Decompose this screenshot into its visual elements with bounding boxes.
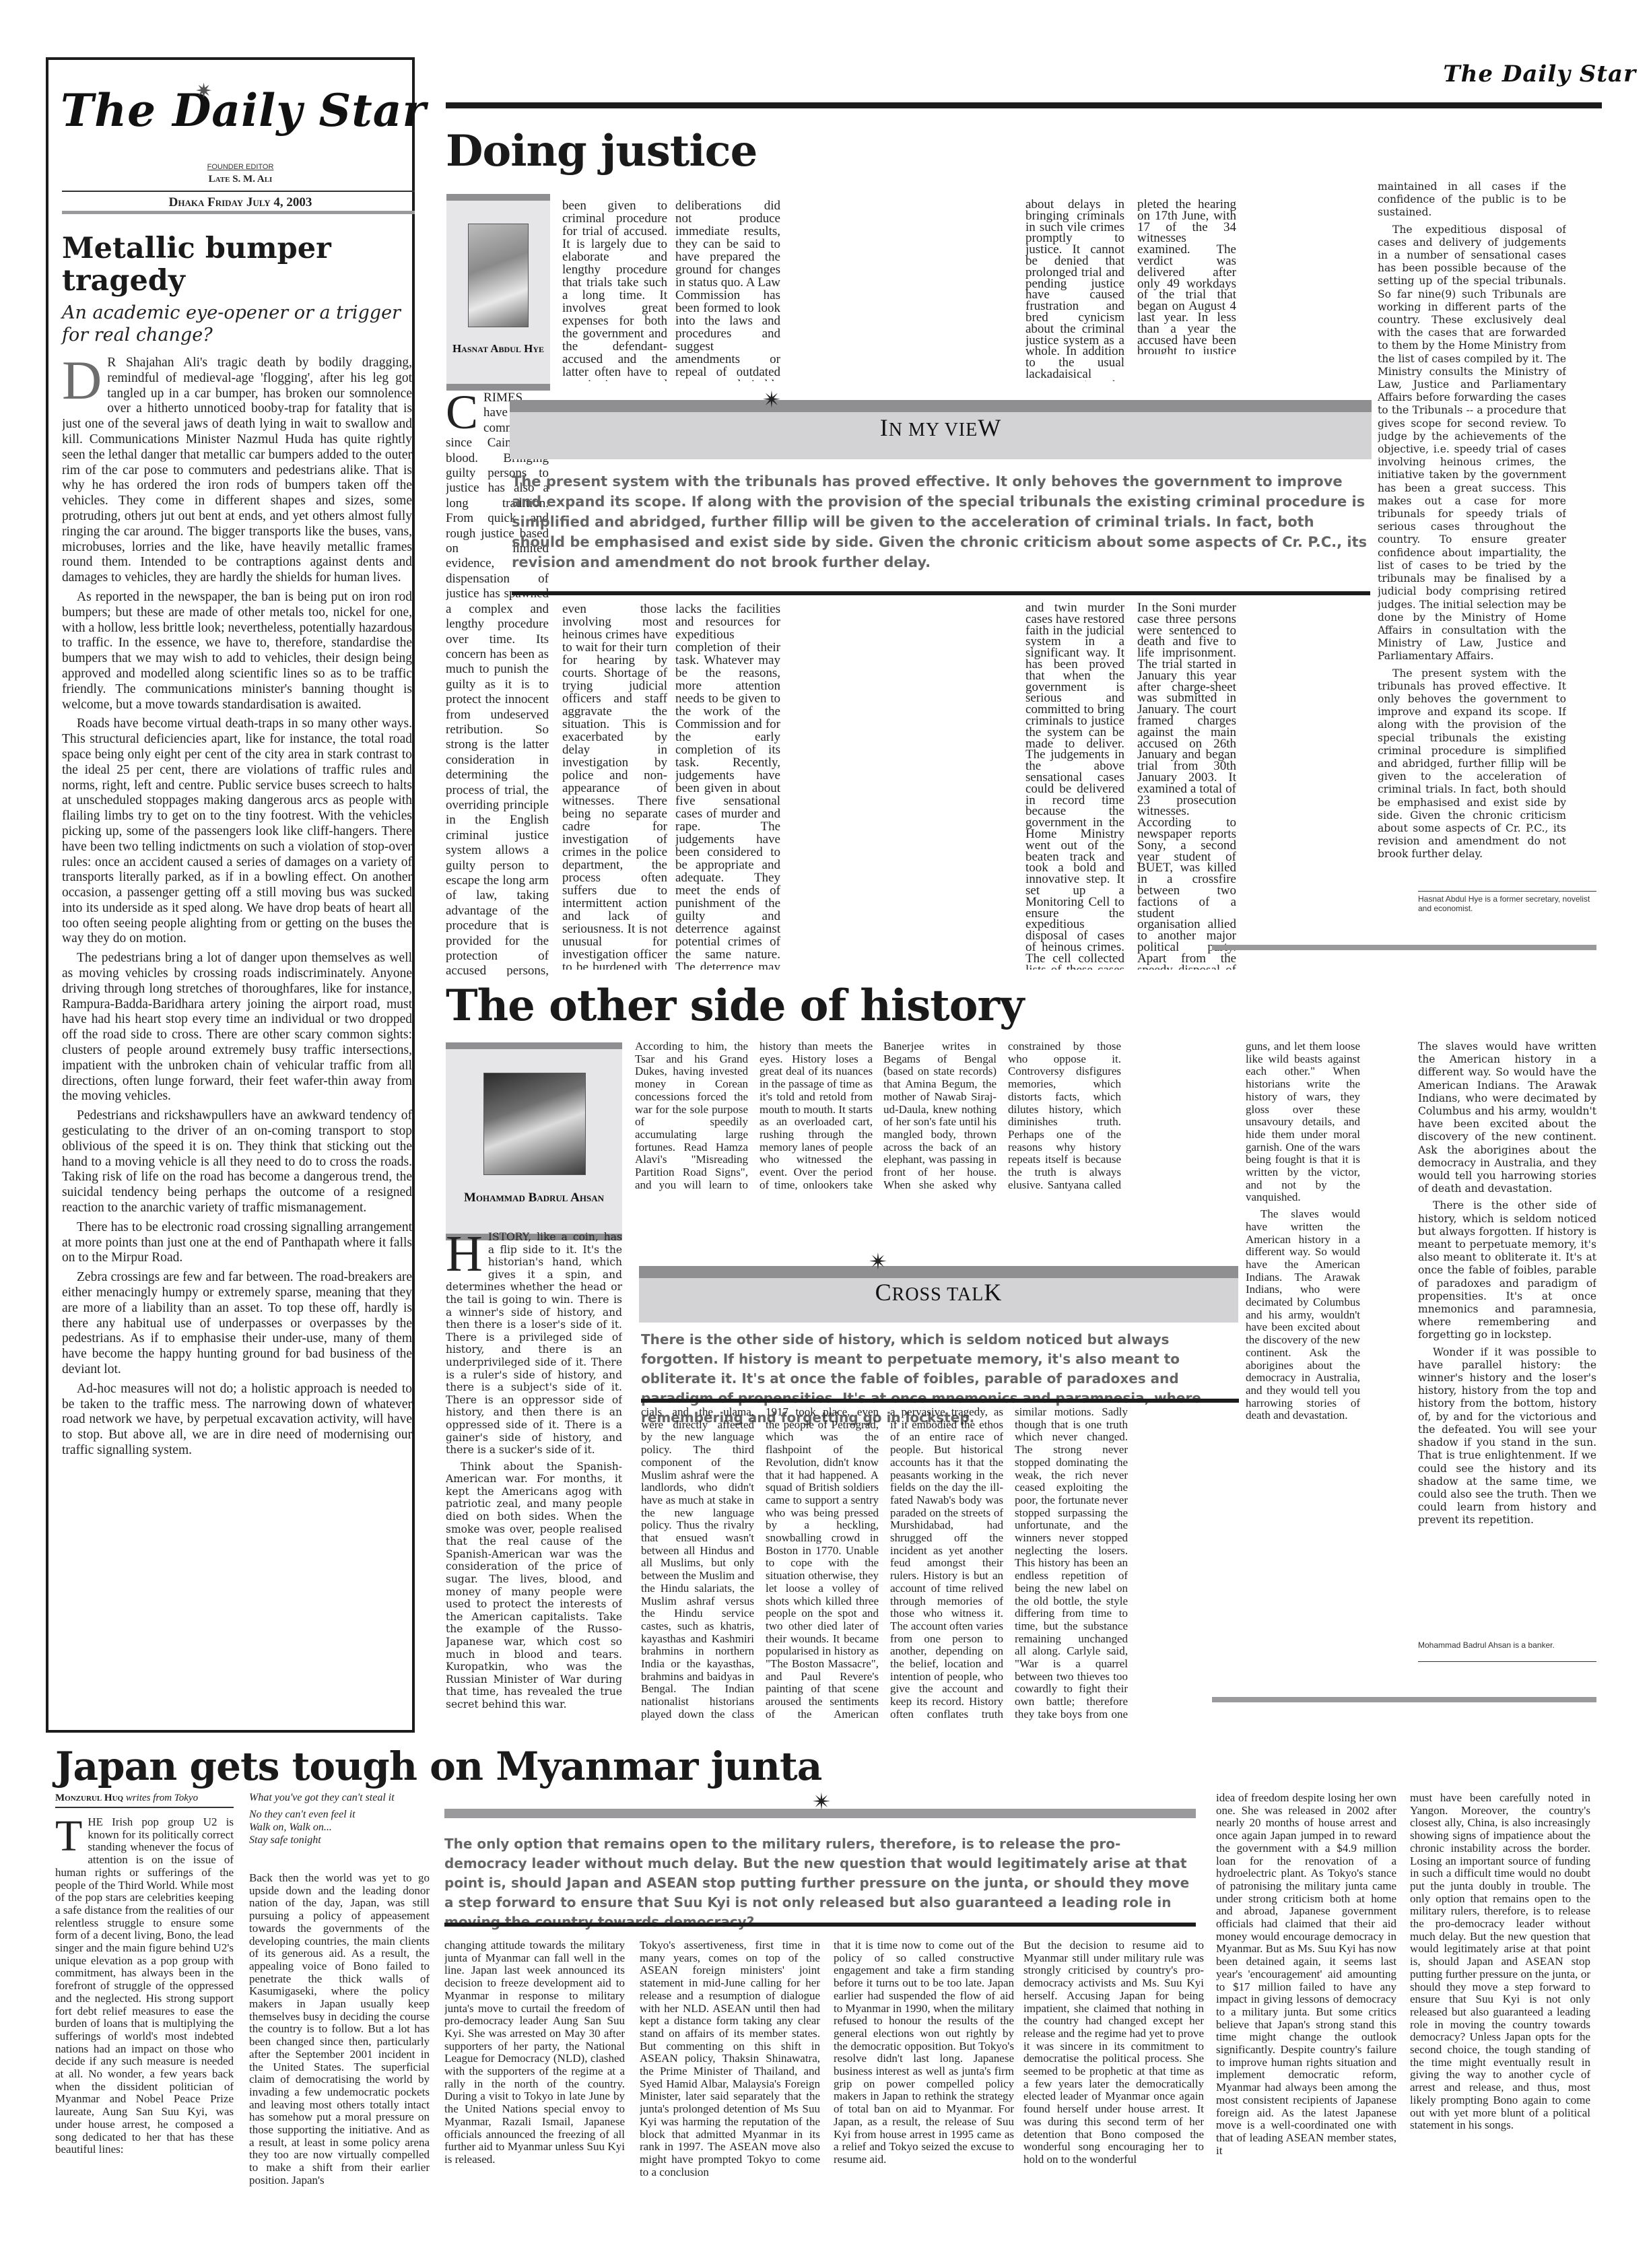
paragraph: Roads have become virtual death-traps in… bbox=[62, 716, 412, 947]
author-photo bbox=[483, 1073, 586, 1175]
sidebar-headline: Metallic bumper tragedy bbox=[62, 232, 412, 297]
banner-initial: C bbox=[875, 1279, 892, 1306]
paragraph: The expeditious disposal of cases and de… bbox=[1378, 224, 1566, 663]
header-rule bbox=[446, 102, 1602, 108]
article1-col: In the Soni murder case three persons we… bbox=[1137, 603, 1236, 970]
article3-lead: T HE Irish pop group U2 is known for its… bbox=[55, 1816, 234, 2193]
article3-col: Tokyo's assertiveness, first time in man… bbox=[640, 1939, 820, 2209]
paragraph: There is the other side of history, whic… bbox=[1418, 1199, 1596, 1341]
author-byline: Hasnat Abdul Hye bbox=[446, 342, 550, 356]
article3-col: Back then the world was yet to go upside… bbox=[249, 1872, 430, 2202]
article2-col: history than meets the eyes. History los… bbox=[760, 1040, 873, 1192]
article3-headline: Japan gets tough on Myanmar junta bbox=[55, 1741, 821, 1792]
banner-final: W bbox=[978, 414, 1001, 441]
article2-author-box: Mohammad Badrul Ahsan bbox=[446, 1042, 622, 1240]
banner-title: IN MY VIEW bbox=[510, 412, 1372, 442]
article1-col: even those involving most heinous crimes… bbox=[562, 603, 667, 970]
article3-col: must have been carefully noted in Yangon… bbox=[1410, 1792, 1590, 2203]
dropcap-t: T bbox=[55, 1819, 82, 1855]
article2-col: similar motions. Sadly though that is on… bbox=[1015, 1406, 1128, 1723]
article1-col: pleted the hearing on 17th June, with 17… bbox=[1137, 199, 1236, 354]
article1-col: been given to criminal procedure for tri… bbox=[562, 199, 667, 381]
paragraph: guns, and let them loose like wild beast… bbox=[1246, 1040, 1360, 1204]
star-burst-icon: ✴ bbox=[762, 389, 782, 412]
article2-col: Banerjee writes in Begams of Bengal (bas… bbox=[883, 1040, 997, 1192]
sidebar-masthead: The Daily Star bbox=[61, 84, 417, 137]
star-burst-icon: ✴ bbox=[812, 1791, 832, 1814]
article2-far-right-col: The slaves would have written the Americ… bbox=[1418, 1040, 1596, 1606]
article1-col: about delays in bringing criminals in su… bbox=[1025, 199, 1124, 381]
article2-headline: The other side of history bbox=[446, 980, 1023, 1032]
sidebar-rule-top bbox=[62, 191, 415, 192]
article2-col: According to him, the Tsar and his Grand… bbox=[635, 1040, 748, 1192]
sidebar-rule-bottom bbox=[62, 211, 415, 214]
star-burst-icon: ✴ bbox=[869, 1251, 888, 1274]
paragraph: Zebra crossings are few and far between.… bbox=[62, 1270, 412, 1378]
bio-rule bbox=[1418, 891, 1596, 892]
article3-col: But the decision to resume aid to Myanma… bbox=[1023, 1939, 1204, 2209]
section-divider bbox=[1212, 1697, 1596, 1702]
article2-col: a pervasive tragedy, as if it embodied t… bbox=[890, 1406, 1003, 1723]
cross-talk-banner: CROSS TALK bbox=[639, 1266, 1238, 1323]
paragraph: maintained in all cases if the confidenc… bbox=[1378, 180, 1566, 220]
sidebar-subhead: An academic eye-opener or a trigger for … bbox=[62, 302, 412, 346]
lyric-line: No they can't even feel it bbox=[249, 1808, 431, 1821]
article2-lead: H ISTORY, like a coin, has a flip side t… bbox=[446, 1231, 622, 1723]
banner-final: K bbox=[984, 1279, 1002, 1306]
dropcap-h: H bbox=[446, 1234, 483, 1275]
banner-text: ROSS TAL bbox=[892, 1284, 984, 1305]
dateline: Dhaka Friday July 4, 2003 bbox=[62, 195, 419, 210]
paragraph: The slaves would have written the Americ… bbox=[1246, 1208, 1360, 1422]
bio-rule bbox=[1418, 1661, 1596, 1662]
sidebar-article-body: D R Shajahan Ali's tragic death by bodil… bbox=[62, 356, 412, 1696]
author-byline: Mohammad Badrul Ahsan bbox=[446, 1191, 622, 1205]
paragraph: HE Irish pop group U2 is known for its p… bbox=[55, 1816, 234, 2156]
banner-initial: I bbox=[880, 414, 889, 441]
paragraph: Pedestrians and rickshawpullers have an … bbox=[62, 1108, 412, 1216]
header-logo: The Daily Star bbox=[1380, 61, 1636, 88]
pullquote-rule bbox=[641, 1399, 1239, 1403]
founder-editor-name: Late S. M. Ali bbox=[62, 174, 419, 185]
author-location: writes from Tokyo bbox=[126, 1793, 198, 1803]
paragraph: Think about the Spanish-American war. Fo… bbox=[446, 1461, 622, 1711]
article3-col: changing attitude towards the military j… bbox=[444, 1939, 625, 2209]
article2-col: constrained by those who oppose it. Cont… bbox=[1008, 1040, 1121, 1192]
article2-author-bio: Mohammad Badrul Ahsan is a banker. bbox=[1418, 1639, 1596, 1652]
pullquote-rule bbox=[512, 591, 1370, 595]
author-photo bbox=[468, 224, 529, 327]
lyric-line: Stay safe tonight bbox=[249, 1834, 431, 1846]
section-divider bbox=[1212, 945, 1596, 950]
article1-col: lacks the facilities and resources for e… bbox=[675, 603, 780, 970]
article3-byline: Monzurul Huq writes from Tokyo bbox=[55, 1793, 234, 1808]
song-lyrics: What you've got they can't steal it No t… bbox=[249, 1791, 431, 1846]
banner-text: N MY VIE bbox=[889, 420, 978, 440]
paragraph: The pedestrians bring a lot of danger up… bbox=[62, 951, 412, 1104]
paragraph: There has to be electronic road crossing… bbox=[62, 1220, 412, 1266]
paragraph: Ad-hoc measures will not do; a holistic … bbox=[62, 1382, 412, 1459]
paragraph: As reported in the newspaper, the ban is… bbox=[62, 590, 412, 712]
article1-author-box: Hasnat Abdul Hye bbox=[446, 194, 550, 391]
paragraph: Wonder if it was possible to have parall… bbox=[1418, 1346, 1596, 1527]
article1-col: and twin murder cases have restored fait… bbox=[1025, 603, 1124, 970]
article3-col: that it is time now to come out of the p… bbox=[834, 1939, 1014, 2209]
founder-editor-label: FOUNDER EDITOR bbox=[62, 163, 419, 171]
article1-headline: Doing justice bbox=[446, 125, 757, 178]
article2-right-col: guns, and let them loose like wild beast… bbox=[1246, 1040, 1360, 1714]
article3-pullquote: The only option that remains open to the… bbox=[444, 1834, 1196, 1932]
paragraph: The slaves would have written the Americ… bbox=[1418, 1040, 1596, 1195]
pullquote-rule bbox=[444, 1923, 1196, 1927]
article1-author-bio: Hasnat Abdul Hye is a former secretary, … bbox=[1418, 894, 1596, 913]
in-my-view-banner: IN MY VIEW bbox=[510, 400, 1372, 459]
article1-pullquote: The present system with the tribunals ha… bbox=[512, 471, 1370, 572]
article1-col: deliberations did not produce immediate … bbox=[675, 199, 780, 381]
lyric-line: What you've got they can't steal it bbox=[249, 1791, 431, 1804]
banner-title: CROSS TALK bbox=[639, 1278, 1238, 1306]
article2-col: cials and the ulama, were directly affec… bbox=[641, 1406, 754, 1723]
article3-col: idea of freedom despite losing her own o… bbox=[1216, 1792, 1396, 2203]
article2-col: 1917 took place, even the people of Petr… bbox=[766, 1406, 879, 1723]
article1-right-col: maintained in all cases if the confidenc… bbox=[1378, 180, 1566, 891]
author-name: Monzurul Huq bbox=[55, 1793, 123, 1803]
lyric-line: Walk on, Walk on... bbox=[249, 1821, 431, 1834]
paragraph: The present system with the tribunals ha… bbox=[1378, 667, 1566, 861]
dropcap-c: C bbox=[446, 393, 478, 432]
star-icon: ✷ bbox=[195, 79, 212, 103]
dropcap-d: D bbox=[62, 358, 102, 403]
paragraph: R Shajahan Ali's tragic death by bodily … bbox=[62, 356, 412, 586]
